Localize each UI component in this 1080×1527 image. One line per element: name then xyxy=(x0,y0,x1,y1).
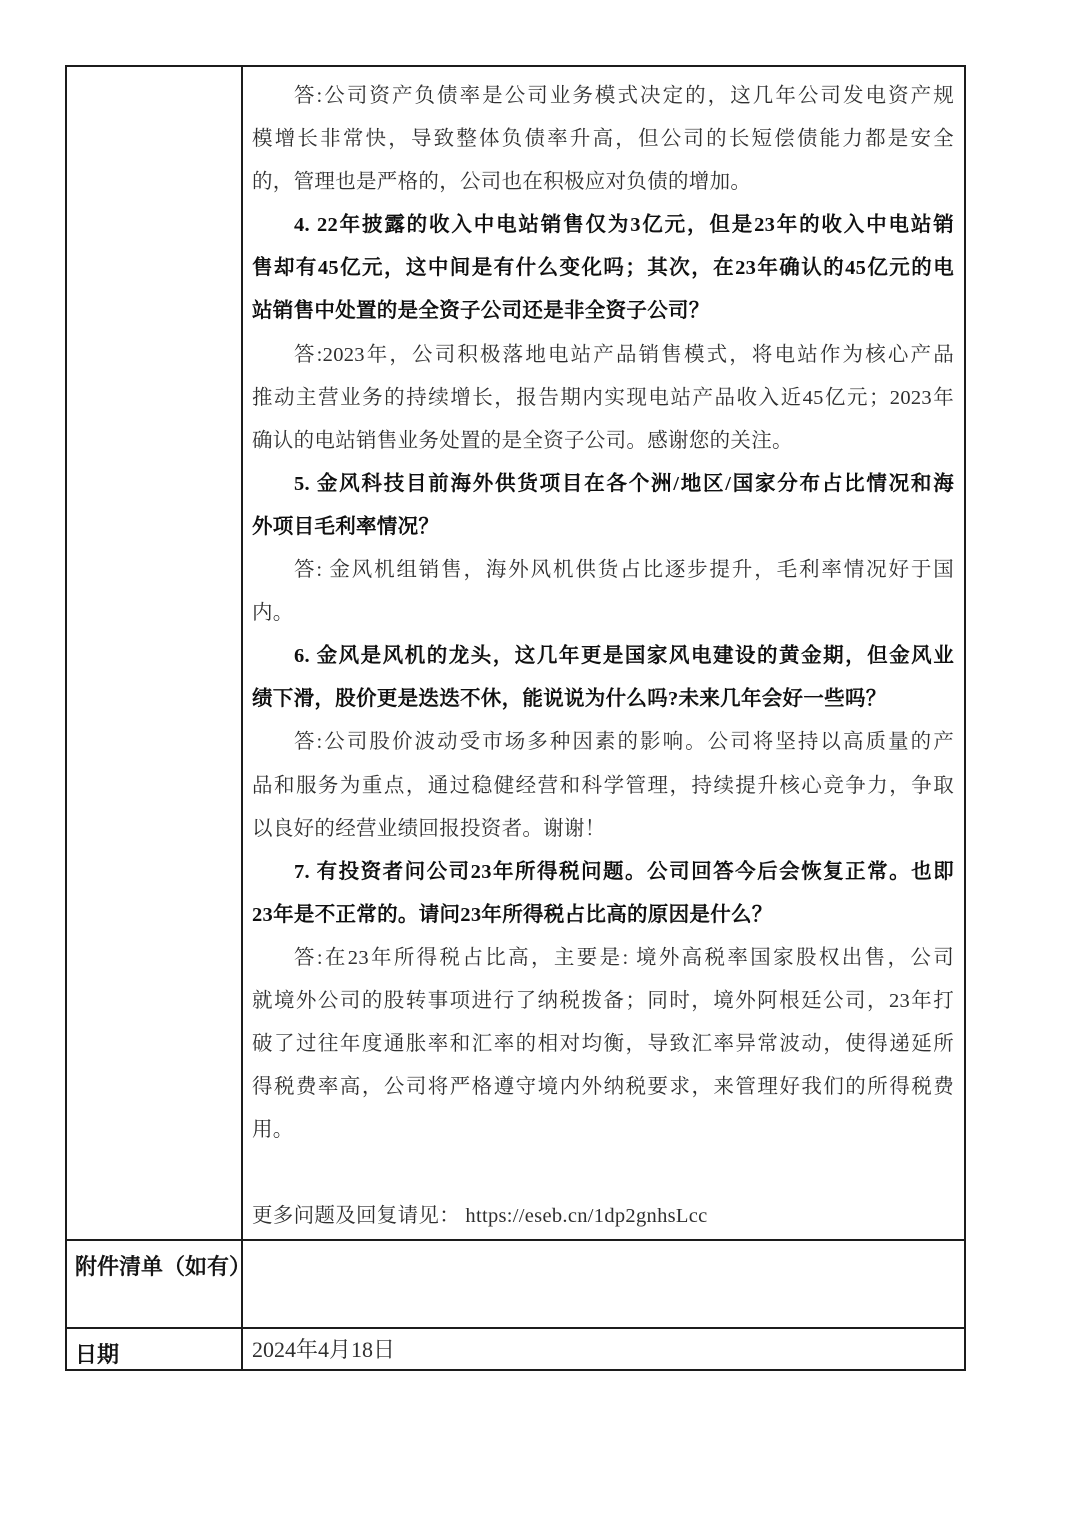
question-line: 外项目毛利率情况？ xyxy=(252,506,954,549)
date-row: 日期 2024年4月18日 xyxy=(67,1327,964,1369)
attachment-label: 附件清单（如有） xyxy=(75,1254,243,1279)
blank-line xyxy=(252,1152,954,1195)
qa-content-cell: 答:公司资产负债率是公司业务模式决定的，这几年公司发电资产规模增长非常快，导致整… xyxy=(243,67,964,1239)
answer-line: 得税费率高，公司将严格遵守境内外纳税要求，来管理好我们的所得税费 xyxy=(252,1066,954,1109)
answer-line: 确认的电站销售业务处置的是全资子公司。感谢您的关注。 xyxy=(252,420,954,463)
question-line: 23年是不正常的。请问23年所得税占比高的原因是什么？ xyxy=(252,894,954,937)
answer-line: 以良好的经营业绩回报投资者。谢谢！ xyxy=(252,808,954,851)
date-value: 2024年4月18日 xyxy=(252,1337,395,1362)
answer-line: 内。 xyxy=(252,592,954,635)
attachment-value-cell xyxy=(243,1241,964,1327)
qa-label-cell-empty xyxy=(67,67,243,1239)
question-line: 售却有45亿元，这中间是有什么变化吗；其次，在23年确认的45亿元的电 xyxy=(252,247,954,290)
investor-record-table: 答:公司资产负债率是公司业务模式决定的，这几年公司发电资产规模增长非常快，导致整… xyxy=(65,65,966,1371)
question-line: 5. 金风科技目前海外供货项目在各个洲/地区/国家分布占比情况和海 xyxy=(252,463,954,506)
question-line: 站销售中处置的是全资子公司还是非全资子公司？ xyxy=(252,290,954,333)
question-line: 4. 22年披露的收入中电站销售仅为3亿元，但是23年的收入中电站销 xyxy=(252,204,954,247)
answer-line: 用。 xyxy=(252,1109,954,1152)
answer-line: 的，管理也是严格的，公司也在积极应对负债的增加。 xyxy=(252,161,954,204)
answer-line: 推动主营业务的持续增长，报告期内实现电站产品收入近45亿元；2023年 xyxy=(252,377,954,420)
attachment-label-cell: 附件清单（如有） xyxy=(67,1241,243,1327)
date-value-cell: 2024年4月18日 xyxy=(243,1329,964,1369)
document-page: 答:公司资产负债率是公司业务模式决定的，这几年公司发电资产规模增长非常快，导致整… xyxy=(0,0,1080,1527)
answer-line: 答:在23年所得税占比高，主要是: 境外高税率国家股权出售，公司 xyxy=(252,937,954,980)
qa-row: 答:公司资产负债率是公司业务模式决定的，这几年公司发电资产规模增长非常快，导致整… xyxy=(67,67,964,1239)
answer-line: 答: 金风机组销售，海外风机供货占比逐步提升，毛利率情况好于国 xyxy=(252,549,954,592)
attachment-row: 附件清单（如有） xyxy=(67,1239,964,1327)
question-line: 6. 金风是风机的龙头，这几年更是国家风电建设的黄金期，但金风业 xyxy=(252,635,954,678)
answer-line: 品和服务为重点，通过稳健经营和科学管理，持续提升核心竞争力，争取 xyxy=(252,765,954,808)
date-label-cell: 日期 xyxy=(67,1329,243,1369)
answer-line: 答:公司股价波动受市场多种因素的影响。公司将坚持以高质量的产 xyxy=(252,721,954,764)
date-label: 日期 xyxy=(75,1342,119,1367)
question-line: 绩下滑，股价更是迭迭不休，能说说为什么吗?未来几年会好一些吗？ xyxy=(252,678,954,721)
answer-line: 答:公司资产负债率是公司业务模式决定的，这几年公司发电资产规 xyxy=(252,75,954,118)
answer-line: 模增长非常快，导致整体负债率升高，但公司的长短偿债能力都是安全 xyxy=(252,118,954,161)
answer-line: 破了过往年度通胀率和汇率的相对均衡，导致汇率异常波动，使得递延所 xyxy=(252,1023,954,1066)
answer-line: 答:2023年，公司积极落地电站产品销售模式，将电站作为核心产品 xyxy=(252,334,954,377)
link-line: 更多问题及回复请见： https://eseb.cn/1dp2gnhsLcc xyxy=(252,1195,954,1238)
answer-line: 就境外公司的股转事项进行了纳税拨备；同时，境外阿根廷公司，23年打 xyxy=(252,980,954,1023)
question-line: 7. 有投资者问公司23年所得税问题。公司回答今后会恢复正常。也即 xyxy=(252,851,954,894)
